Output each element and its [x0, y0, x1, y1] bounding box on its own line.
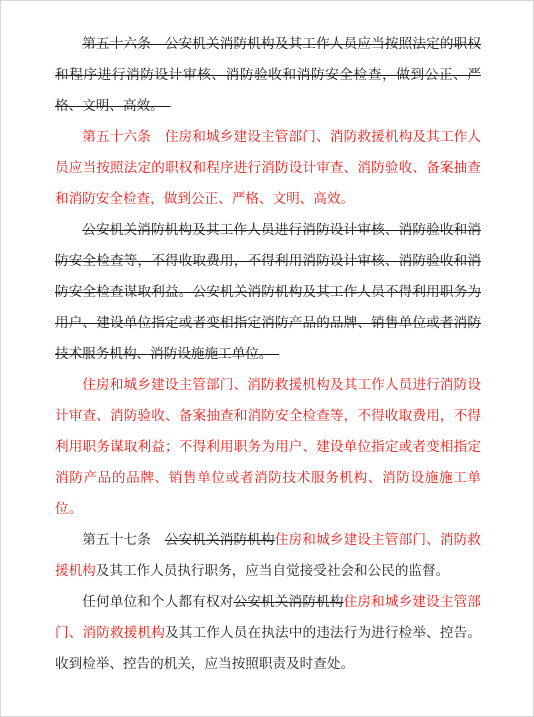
text-run-inserted: 第五十六条 住房和城乡建设主管部门、消防救援机构及其工作人员应当按照法定的职权和… — [55, 129, 481, 206]
paragraph: 住房和城乡建设主管部门、消防救援机构及其工作人员进行消防设计审查、消防验收、备案… — [55, 369, 481, 524]
text-run-deleted: 公安机关消防机构 — [234, 594, 344, 609]
text-run-deleted: 公安机关消防机构 — [165, 532, 275, 547]
text-run-normal: 任何单位和个人都有权对 — [82, 594, 233, 609]
text-run-normal: 及其工作人员执行职务，应当自觉接受社会和公民的监督。 — [96, 563, 449, 578]
paragraph: 第五十七条 公安机关消防机构住房和城乡建设主管部门、消防救援机构及其工作人员执行… — [55, 524, 481, 586]
text-run-inserted: 住房和城乡建设主管部门、消防救援机构及其工作人员进行消防设计审查、消防验收、备案… — [55, 377, 481, 516]
paragraph: 第五十六条 公安机关消防机构及其工作人员应当按照法定的职权和程序进行消防设计审核… — [55, 28, 481, 121]
text-run-normal: 第五十七条 — [82, 532, 165, 547]
paragraph: 第五十六条 住房和城乡建设主管部门、消防救援机构及其工作人员应当按照法定的职权和… — [55, 121, 481, 214]
paragraph: 任何单位和个人都有权对公安机关消防机构住房和城乡建设主管部门、消防救援机构及其工… — [55, 586, 481, 679]
document-page: 第五十六条 公安机关消防机构及其工作人员应当按照法定的职权和程序进行消防设计审核… — [0, 0, 534, 717]
document-body: 第五十六条 公安机关消防机构及其工作人员应当按照法定的职权和程序进行消防设计审核… — [55, 28, 481, 679]
text-run-deleted: 公安机关消防机构及其工作人员进行消防设计审核、消防验收和消防安全检查等，不得收取… — [55, 222, 481, 361]
text-run-deleted: 第五十六条 公安机关消防机构及其工作人员应当按照法定的职权和程序进行消防设计审核… — [55, 36, 481, 113]
paragraph: 公安机关消防机构及其工作人员进行消防设计审核、消防验收和消防安全检查等，不得收取… — [55, 214, 481, 369]
